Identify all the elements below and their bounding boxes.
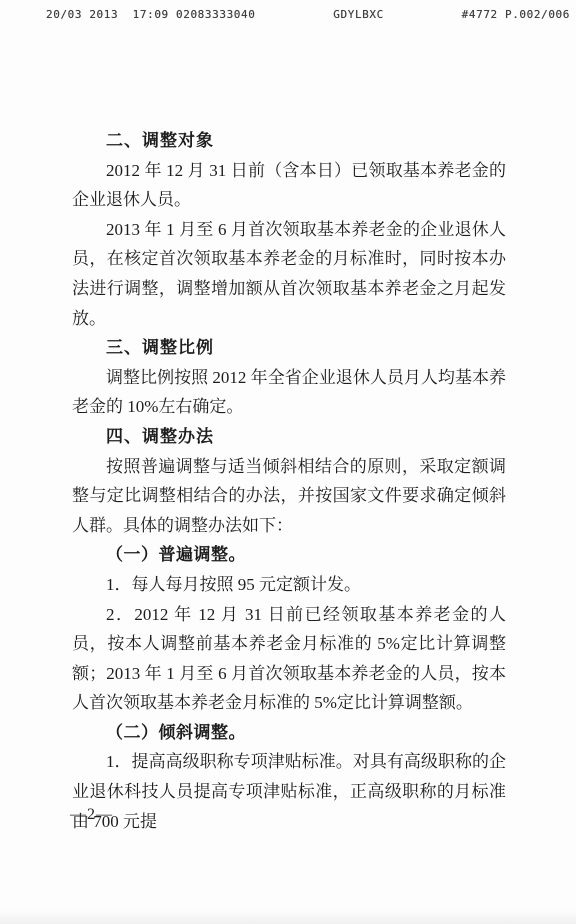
scanner-edge-shadow (0, 910, 576, 924)
paragraph: 1．提高高级职称专项津贴标准。对具有高级职称的企业退休科技人员提高专项津贴标准，… (72, 747, 506, 836)
section-heading: 二、调整对象 (72, 126, 506, 156)
paragraph: 调整比例按照 2012 年全省企业退休人员月人均基本养老金的 10%左右确定。 (72, 363, 506, 422)
paragraph: 2．2012 年 12 月 31 日前已经领取基本养老金的人员，按本人调整前基本… (72, 600, 506, 718)
paragraph: 1．每人每月按照 95 元定额计发。 (72, 570, 506, 600)
document-body: 二、调整对象2012 年 12 月 31 日前（含本日）已领取基本养老金的企业退… (72, 126, 506, 836)
fax-station-id: GDYLBXC (333, 8, 384, 21)
paragraph: 按照普遍调整与适当倾斜相结合的原则，采取定额调整与定比调整相结合的办法，并按国家… (72, 452, 506, 541)
section-heading: 四、调整办法 (72, 422, 506, 452)
fax-page-counter: #4772 P.002/006 (462, 8, 570, 21)
page-number: —2— (70, 806, 113, 824)
paragraph: 2013 年 1 月至 6 月首次领取基本养老金的企业退休人员，在核定首次领取基… (72, 215, 506, 333)
sub-heading: （一）普遍调整。 (72, 540, 506, 570)
scanned-fax-page: 20/03 2013 17:09 02083333040 GDYLBXC #47… (0, 0, 576, 924)
section-heading: 三、调整比例 (72, 333, 506, 363)
fax-header: 20/03 2013 17:09 02083333040 GDYLBXC #47… (0, 8, 576, 21)
fax-timestamp: 20/03 2013 17:09 02083333040 (46, 8, 255, 21)
sub-heading: （二）倾斜调整。 (72, 718, 506, 748)
paragraph: 2012 年 12 月 31 日前（含本日）已领取基本养老金的企业退休人员。 (72, 156, 506, 215)
